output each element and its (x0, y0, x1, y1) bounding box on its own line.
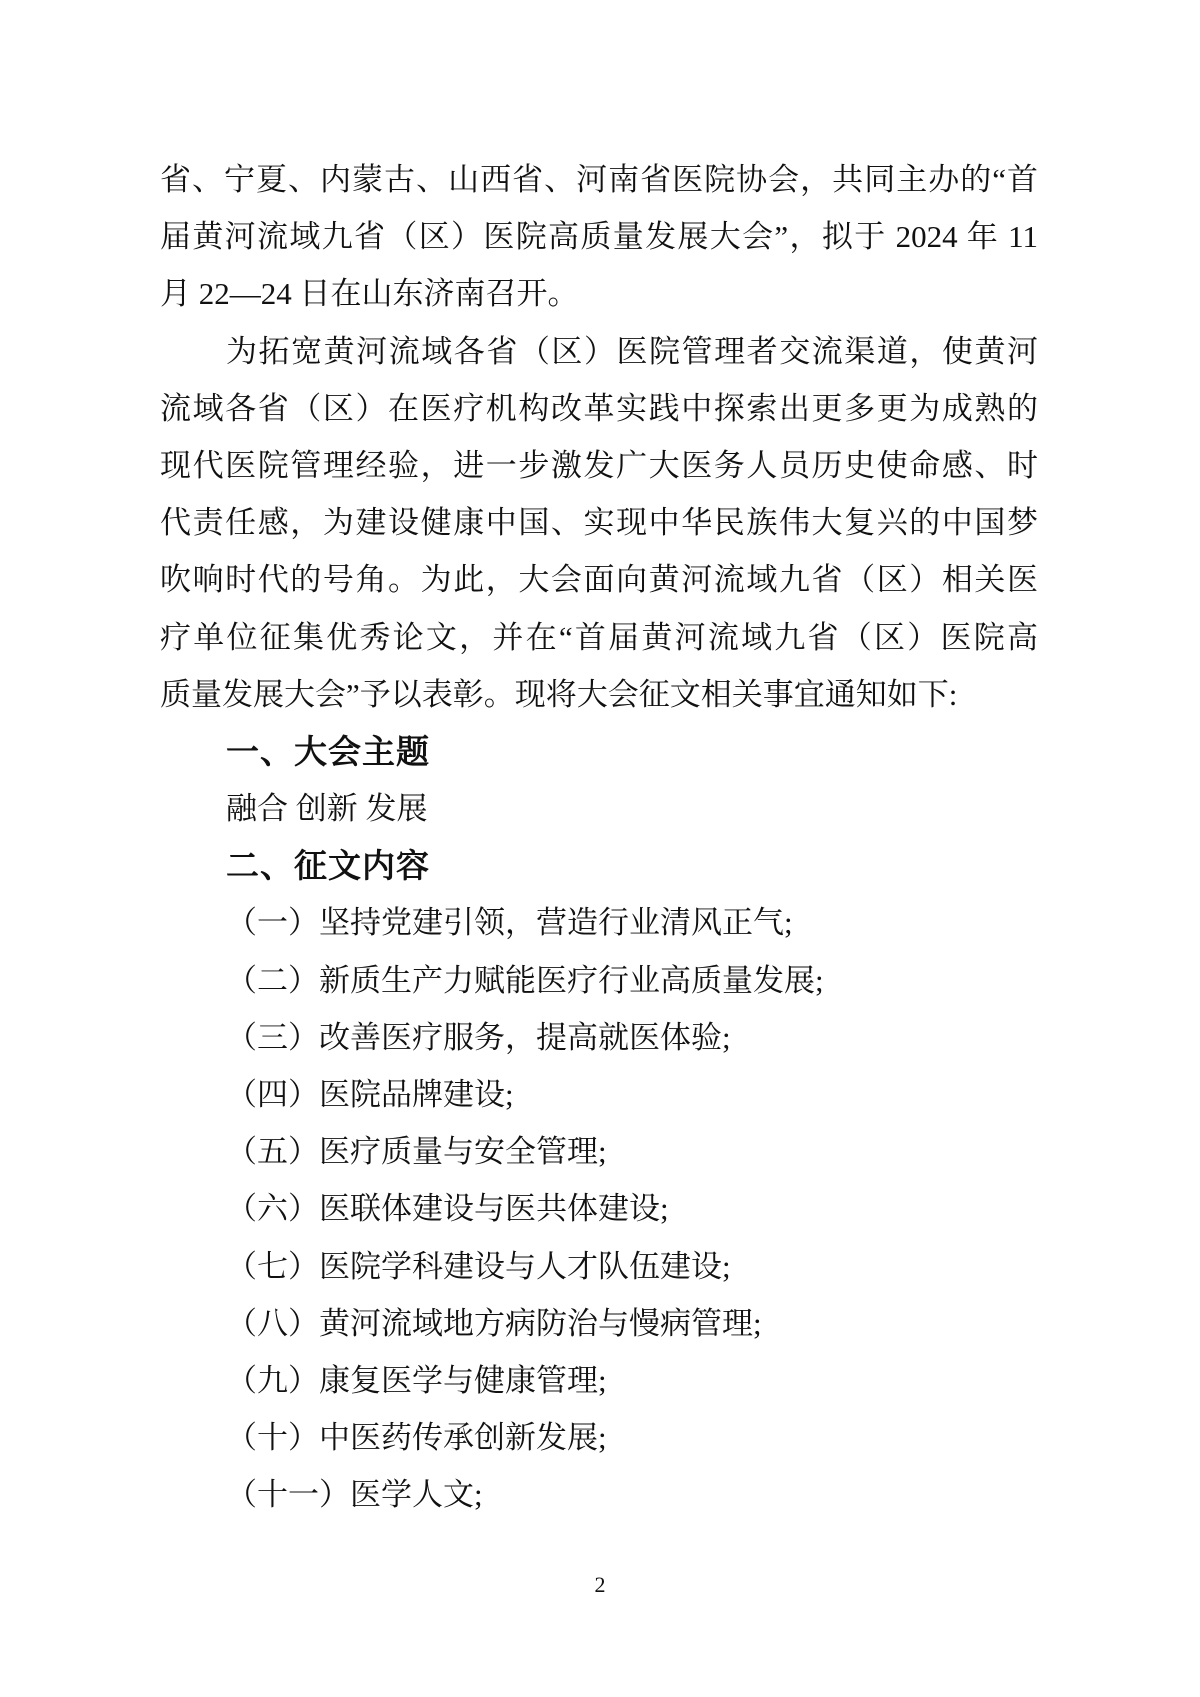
body-line: 吹响时代的号角。为此，大会面向黄河流域九省（区）相关医 (160, 551, 1038, 608)
list-item: （五）医疗质量与安全管理; (160, 1123, 1038, 1180)
body-line: 省、宁夏、内蒙古、山西省、河南省医院协会，共同主办的“首 (160, 151, 1038, 208)
body-line: 质量发展大会”予以表彰。现将大会征文相关事宜通知如下: (160, 666, 1038, 723)
body-line: 疗单位征集优秀论文，并在“首届黄河流域九省（区）医院高 (160, 609, 1038, 666)
page-number: 2 (595, 1572, 606, 1597)
section-heading: 一、大会主题 (160, 723, 1038, 780)
list-item: （四）医院品牌建设; (160, 1066, 1038, 1123)
list-item: （一）坚持党建引领，营造行业清风正气; (160, 894, 1038, 951)
body-line: 代责任感，为建设健康中国、实现中华民族伟大复兴的中国梦 (160, 494, 1038, 551)
section-heading: 二、征文内容 (160, 837, 1038, 894)
list-item: （二）新质生产力赋能医疗行业高质量发展; (160, 952, 1038, 1009)
body-line: 月 22—24 日在山东济南召开。 (160, 265, 1038, 322)
body-line: 流域各省（区）在医疗机构改革实践中探索出更多更为成熟的 (160, 380, 1038, 437)
list-item: （十）中医药传承创新发展; (160, 1409, 1038, 1466)
page-footer: 2 (0, 1573, 1200, 1600)
body-line: 融合 创新 发展 (160, 780, 1038, 837)
document-page: 省、宁夏、内蒙古、山西省、河南省医院协会，共同主办的“首届黄河流域九省（区）医院… (0, 0, 1200, 1697)
body-line: 现代医院管理经验，进一步激发广大医务人员历史使命感、时 (160, 437, 1038, 494)
list-item: （六）医联体建设与医共体建设; (160, 1180, 1038, 1237)
list-item: （十一）医学人文; (160, 1466, 1038, 1523)
list-item: （九）康复医学与健康管理; (160, 1352, 1038, 1409)
body-line: 为拓宽黄河流域各省（区）医院管理者交流渠道，使黄河 (160, 323, 1038, 380)
list-item: （三）改善医疗服务，提高就医体验; (160, 1009, 1038, 1066)
list-item: （八）黄河流域地方病防治与慢病管理; (160, 1295, 1038, 1352)
document-body: 省、宁夏、内蒙古、山西省、河南省医院协会，共同主办的“首届黄河流域九省（区）医院… (160, 151, 1038, 1524)
body-line: 届黄河流域九省（区）医院高质量发展大会”，拟于 2024 年 11 (160, 208, 1038, 265)
list-item: （七）医院学科建设与人才队伍建设; (160, 1238, 1038, 1295)
